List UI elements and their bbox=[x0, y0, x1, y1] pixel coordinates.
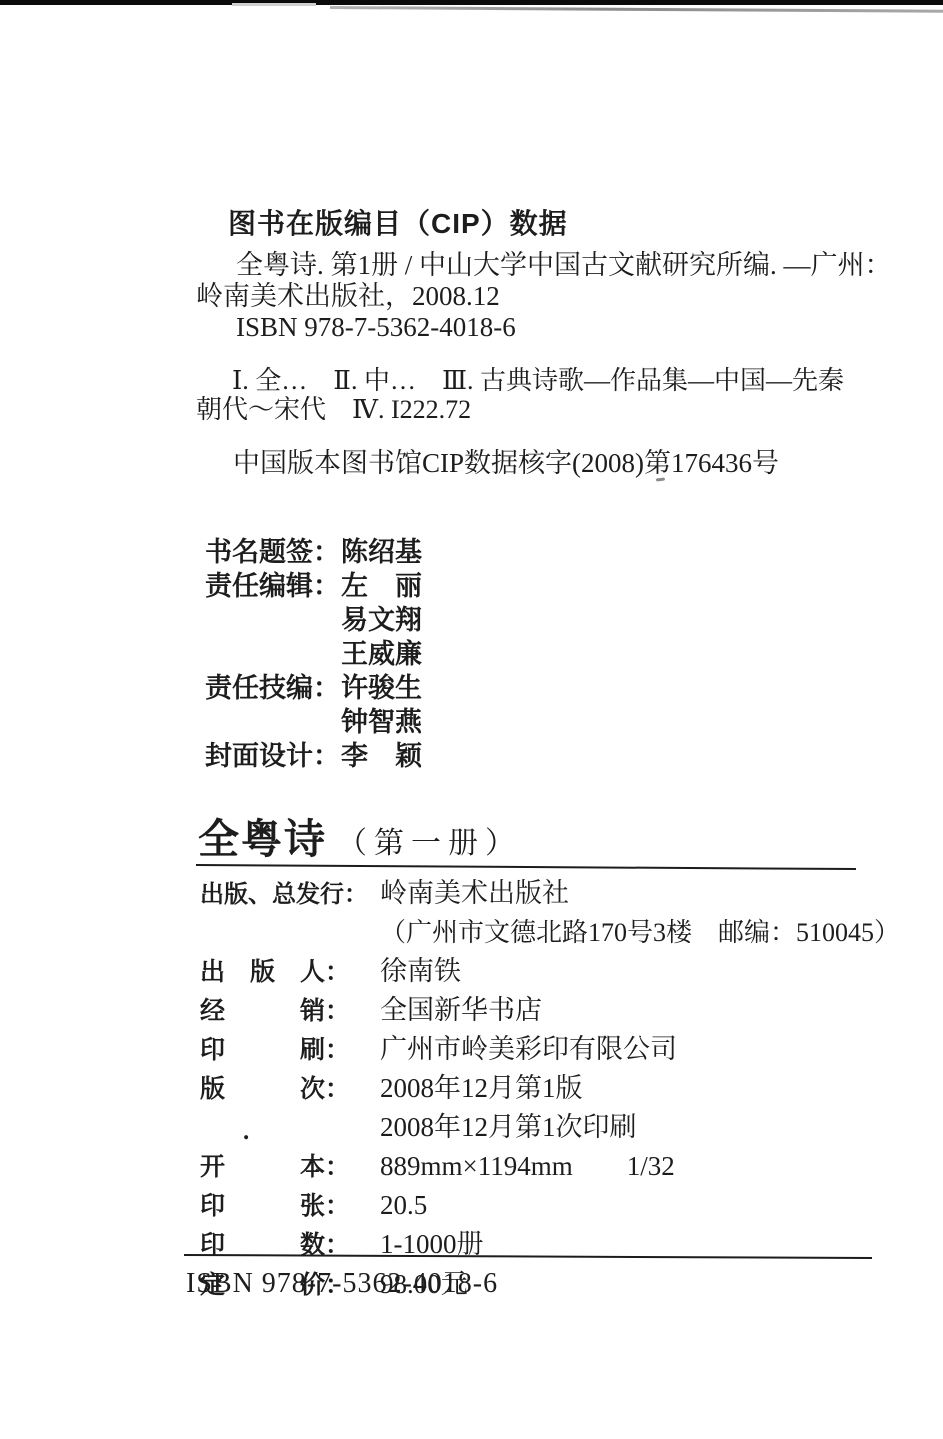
imprint-label: 版 次： bbox=[200, 1072, 380, 1107]
cip-heading: 图书在版编目（CIP）数据 bbox=[228, 202, 568, 242]
imprint-row: 2008年12月第1次印刷 bbox=[200, 1110, 900, 1149]
cip-classification-line-1: Ⅰ. 全… Ⅱ. 中… Ⅲ. 古典诗歌—作品集—中国—先秦 bbox=[196, 366, 906, 395]
credits-label: 责任编辑： bbox=[205, 569, 341, 603]
imprint-value: 2008年12月第1版 bbox=[380, 1073, 583, 1103]
credits-row: 易文翔 bbox=[205, 603, 422, 637]
cip-entry-line-1: 全粤诗. 第1册 / 中山大学中国古文献研究所编. —广州： bbox=[196, 250, 896, 281]
imprint-row: 开 本：889mm×1194mm 1/32 bbox=[200, 1149, 900, 1188]
stray-dot-artifact: . bbox=[243, 1118, 249, 1146]
credits-row: 王威廉 bbox=[205, 637, 422, 671]
imprint-row: 版 次：2008年12月第1版 bbox=[200, 1071, 900, 1110]
imprint-value: 2008年12月第1次印刷 bbox=[380, 1112, 637, 1142]
imprint-row: （广州市文德北路170号3楼 邮编：510045） bbox=[200, 915, 900, 954]
cip-entry: 全粤诗. 第1册 / 中山大学中国古文献研究所编. —广州： 岭南美术出版社，2… bbox=[196, 250, 896, 343]
imprint-value: 广州市岭美彩印有限公司 bbox=[380, 1034, 677, 1064]
imprint-row: 出 版 人：徐南铁 bbox=[200, 954, 900, 993]
imprint-value: 889mm×1194mm 1/32 bbox=[380, 1151, 675, 1181]
imprint-value: 20.5 bbox=[380, 1190, 427, 1220]
cip-classification: Ⅰ. 全… Ⅱ. 中… Ⅲ. 古典诗歌—作品集—中国—先秦 朝代～宋代 Ⅳ. I… bbox=[196, 366, 906, 424]
credits-value: 左 丽 bbox=[341, 571, 422, 601]
imprint-value: 岭南美术出版社 bbox=[380, 878, 569, 908]
credits-row: 钟智燕 bbox=[205, 705, 422, 739]
imprint-value: 徐南铁 bbox=[380, 956, 461, 986]
credits-value: 易文翔 bbox=[341, 605, 422, 635]
credits-value: 王威廉 bbox=[341, 639, 422, 669]
imprint-label: 开 本： bbox=[200, 1150, 380, 1185]
cip-classification-line-2: 朝代～宋代 Ⅳ. I222.72 bbox=[196, 395, 906, 424]
credits-row: 责任技编：许骏生 bbox=[205, 671, 422, 705]
credits-row: 封面设计：李 颖 bbox=[205, 739, 422, 773]
imprint-block: 出版、总发行：岭南美术出版社 （广州市文德北路170号3楼 邮编：510045）… bbox=[200, 876, 900, 1301]
price-row: 定 价：98.00元 bbox=[200, 1267, 468, 1306]
imprint-label: 出 版 人： bbox=[200, 955, 380, 990]
imprint-label: 印 数： bbox=[200, 1228, 380, 1263]
credits-label: 封面设计： bbox=[205, 739, 341, 773]
scan-artifact-top-line bbox=[330, 6, 943, 13]
book-title-main: 全粤诗 bbox=[198, 816, 327, 862]
cip-entry-isbn: ISBN 978-7-5362-4018-6 bbox=[196, 312, 896, 343]
credits-value: 陈绍基 bbox=[341, 537, 422, 567]
book-title: 全粤诗（第一册） bbox=[198, 806, 522, 865]
imprint-row: 印 数：1-1000册 bbox=[200, 1227, 900, 1266]
divider-rule-top bbox=[196, 864, 856, 870]
imprint-label: 印 刷： bbox=[200, 1033, 380, 1068]
credits-block: 书名题签：陈绍基 责任编辑：左 丽 易文翔 王威廉 责任技编：许骏生 钟智燕 封… bbox=[205, 535, 422, 773]
imprint-row: 出版、总发行：岭南美术出版社 bbox=[200, 876, 900, 915]
price-value: 98.00元 bbox=[380, 1269, 468, 1299]
cip-entry-line-2: 岭南美术出版社，2008.12 bbox=[196, 281, 896, 312]
scan-artifact-smudge bbox=[232, 3, 316, 6]
credits-row: 书名题签：陈绍基 bbox=[205, 535, 422, 569]
cip-record-number: 中国版本图书馆CIP数据核字(2008)第176436号 bbox=[233, 441, 779, 480]
credits-label: 书名题签： bbox=[205, 535, 341, 569]
book-title-volume: （第一册） bbox=[337, 827, 522, 860]
credits-value: 李 颖 bbox=[341, 741, 422, 771]
credits-value: 钟智燕 bbox=[341, 707, 422, 737]
credits-value: 许骏生 bbox=[341, 673, 422, 703]
scan-artifact-top-edge bbox=[0, 0, 943, 5]
imprint-row: 印 张：20.5 bbox=[200, 1188, 900, 1227]
imprint-value: （广州市文德北路170号3楼 邮编：510045） bbox=[380, 918, 900, 947]
imprint-label: 印 张： bbox=[200, 1189, 380, 1224]
imprint-label: 出版、总发行： bbox=[200, 877, 380, 912]
imprint-label: 经 销： bbox=[200, 994, 380, 1029]
imprint-value: 全国新华书店 bbox=[380, 995, 542, 1025]
price-label: 定 价： bbox=[200, 1268, 380, 1303]
imprint-row: 印 刷：广州市岭美彩印有限公司 bbox=[200, 1032, 900, 1071]
credits-row: 责任编辑：左 丽 bbox=[205, 569, 422, 603]
copyright-page: 图书在版编目（CIP）数据 全粤诗. 第1册 / 中山大学中国古文献研究所编. … bbox=[0, 0, 943, 1439]
credits-label: 责任技编： bbox=[205, 671, 341, 705]
scan-speck bbox=[656, 477, 665, 481]
imprint-row: 经 销：全国新华书店 bbox=[200, 993, 900, 1032]
